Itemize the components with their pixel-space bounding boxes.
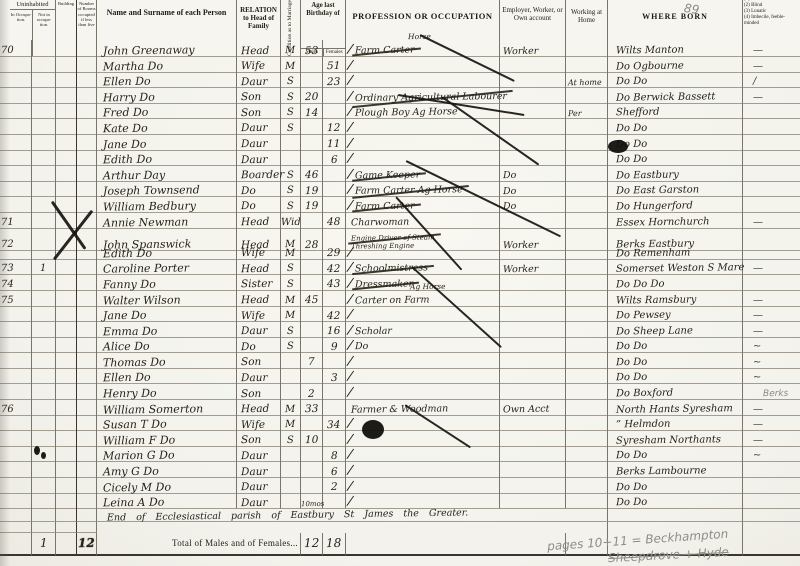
- relation-value: Sister: [241, 279, 273, 290]
- tally-slash-mark: /: [347, 74, 353, 87]
- table-row: Susan T Do Wife M 34 / ” Helmdon —: [0, 414, 800, 430]
- tally-slash-mark: /: [347, 495, 353, 508]
- tally-slash-mark: /: [347, 323, 353, 336]
- table-row: Amy G Do Daur 6 / Berks Lambourne: [0, 461, 800, 477]
- tally-slash-mark: /: [347, 339, 353, 352]
- tally-slash-mark: /: [347, 308, 353, 321]
- relation-value: Daur: [241, 482, 268, 493]
- age-female-value: 9: [331, 342, 338, 353]
- age-female-value: 16: [327, 326, 341, 337]
- tally-slash-mark: /: [347, 183, 353, 196]
- relation-value: Head: [241, 295, 270, 306]
- occupation-entry: Do: [355, 342, 368, 352]
- condition-value: S: [287, 280, 294, 290]
- table-row: Fred Do Son S 14 / Plough Boy Ag Horse P…: [0, 102, 800, 118]
- table-row: William Bedbury Do S 19 / Farm Carter Do…: [0, 196, 800, 212]
- table-row: Edith Do Wife M 29 / Do Remenham: [0, 243, 800, 259]
- infirmity-check-mark: —: [753, 46, 763, 56]
- tally-slash-mark: /: [347, 464, 353, 477]
- condition-value: S: [287, 77, 294, 87]
- age-female-value: 42: [327, 311, 341, 322]
- age-female-value: 51: [327, 61, 341, 72]
- occupation-entry: Charwoman: [351, 217, 409, 227]
- age-male-value: 20: [305, 92, 319, 103]
- infirmity-check-mark: ~: [753, 373, 762, 383]
- age-male-value: 14: [305, 108, 319, 119]
- condition-value: M: [285, 420, 295, 430]
- total-rooms-value: 12: [78, 537, 95, 549]
- person-name: Jane Do: [103, 138, 147, 150]
- infirmity-check-mark: —: [753, 217, 763, 227]
- age-male-value: 19: [305, 201, 319, 212]
- relation-value: Son: [241, 435, 261, 446]
- table-row: 71 Annie Newman Head Wid 48 Charwoman Es…: [0, 212, 800, 228]
- table-row: Martha Do Wife M 51 / Do Ogbourne —: [0, 56, 800, 72]
- uninhabited-label: Uninhabited: [10, 0, 55, 10]
- tally-slash-mark: /: [347, 152, 353, 165]
- table-row: 70 John Greenaway Head M 53 / Farm Carte…: [0, 40, 800, 56]
- totals-label: Total of Males and of Females...: [97, 538, 300, 548]
- age-female-value: 3: [331, 373, 338, 384]
- person-name: Fanny Do: [103, 279, 156, 291]
- relation-value: Wife: [241, 61, 265, 72]
- relation-value: Head: [241, 45, 270, 56]
- occupation-entry: Scholar: [355, 326, 392, 336]
- age-female-value: 43: [327, 279, 341, 290]
- table-row: Jane Do Daur 11 / Do Do: [0, 134, 800, 150]
- age-female-value: 6: [331, 155, 338, 166]
- condition-value: M: [285, 311, 295, 321]
- table-row: Cicely M Do Daur 2 / Do Do: [0, 477, 800, 493]
- table-row: Ellen Do Daur 3 / Do Do ~: [0, 367, 800, 383]
- table-row: Marion G Do Daur 8 / Do Do ~: [0, 445, 800, 461]
- occupation-entry: Plough Boy Ag Horse: [355, 108, 458, 119]
- infirmity-check-mark: —: [753, 264, 763, 274]
- condition-value: S: [287, 436, 294, 446]
- person-name: Edith Do: [103, 154, 152, 166]
- age-female-value: 23: [327, 77, 341, 88]
- age-female-value: 42: [327, 264, 341, 275]
- relation-value: Head: [241, 217, 270, 228]
- condition-value: M: [285, 46, 295, 56]
- relation-value: Head: [241, 264, 270, 275]
- person-name: Fred Do: [103, 107, 149, 119]
- condition-value: M: [285, 62, 295, 72]
- infirmity-check-mark: ~: [753, 451, 762, 461]
- age-female-value: 8: [331, 451, 338, 462]
- table-row: Joseph Townsend Do S 19 / Farm Carter Ag…: [0, 180, 800, 196]
- relation-value: Do: [241, 186, 256, 197]
- person-name: Edith Do: [103, 247, 152, 259]
- infirmity-check-mark: —: [753, 405, 763, 415]
- table-row: Arthur Day Boarder S 46 / Game Keeper Do…: [0, 165, 800, 181]
- person-name: Ellen Do: [103, 76, 151, 88]
- relation-value: Daur: [241, 123, 268, 134]
- age-female-value: 6: [331, 466, 338, 477]
- relation-value: Wife: [241, 248, 265, 259]
- condition-value: S: [287, 264, 294, 274]
- age-female-value: 11: [327, 139, 341, 150]
- relation-value: Do: [241, 342, 256, 353]
- tally-slash-mark: /: [347, 58, 353, 71]
- relation-value: Son: [241, 92, 261, 103]
- table-body: 70 John Greenaway Head M 53 / Farm Carte…: [0, 40, 800, 508]
- occupation-entry: Farm Carter: [355, 202, 415, 212]
- condition-value: S: [287, 202, 294, 212]
- table-row: 76 William Somerton Head M 33 Farmer & W…: [0, 399, 800, 415]
- age-male-value: 33: [305, 404, 319, 415]
- tally-slash-mark: /: [347, 136, 353, 149]
- tally-slash-mark: /: [347, 370, 353, 383]
- occupation-entry: Farmer & Woodman: [351, 404, 448, 415]
- relation-value: Daur: [241, 451, 268, 462]
- infirmity-check-mark: —: [753, 93, 763, 103]
- person-name: Ellen Do: [103, 372, 151, 384]
- infirmity-check-mark: —: [753, 295, 763, 305]
- age-male-value: 19: [305, 186, 319, 197]
- tally-slash-mark: /: [347, 479, 353, 492]
- condition-value: S: [287, 124, 294, 134]
- condition-value: S: [287, 171, 294, 181]
- person-name: Jane Do: [103, 310, 147, 322]
- condition-value: M: [285, 295, 295, 305]
- relation-value: Daur: [241, 77, 268, 88]
- table-row: Ellen Do Daur S 23 / At home Do Do /: [0, 71, 800, 87]
- condition-value: S: [287, 342, 294, 352]
- occupation-entry: Carter on Farm: [355, 295, 430, 306]
- tally-slash-mark: /: [347, 417, 353, 430]
- condition-value: M: [285, 405, 295, 415]
- uninhabited-mark: 1: [40, 264, 47, 274]
- infirmity-check-mark: /: [753, 77, 757, 87]
- condition-value: S: [287, 108, 294, 118]
- relation-value: Daur: [241, 154, 268, 165]
- infirmity-check-mark: ~: [753, 358, 762, 368]
- tally-slash-mark: /: [347, 90, 353, 103]
- person-name: Kate Do: [103, 123, 148, 135]
- infirmity-check-mark: —: [753, 436, 763, 446]
- table-row: Alice Do Do S 9 / Do Do Do ~: [0, 336, 800, 352]
- age-female-value: 34: [327, 420, 341, 431]
- occupation-entry: Farm Carter: [355, 46, 415, 56]
- table-row: Harry Do Son S 20 / Ordinary Agricultura…: [0, 87, 800, 103]
- age-male-value: 46: [305, 170, 319, 181]
- infirmity-check-mark: —: [753, 62, 763, 72]
- age-male-value: 45: [305, 295, 319, 306]
- relation-value: Daur: [241, 498, 268, 509]
- relation-value: Son: [241, 108, 261, 119]
- table-row: Kate Do Daur S 12 / Do Do: [0, 118, 800, 134]
- infirmity-check-mark: ~: [753, 342, 762, 352]
- person-name: Harry Do: [103, 91, 155, 103]
- end-of-parish-row: End of Ecclesiastical parish of Eastbury…: [0, 508, 800, 522]
- occupation-entry: Dressmaker: [355, 280, 413, 290]
- age-female-value: 48: [327, 217, 341, 228]
- condition-value: Wid: [281, 217, 301, 227]
- condition-value: S: [287, 186, 294, 196]
- total-females-value: 18: [326, 537, 341, 549]
- occupation-note: Horse: [408, 33, 431, 41]
- condition-value: S: [287, 93, 294, 103]
- relation-value: Do: [241, 201, 256, 212]
- condition-value: M: [285, 249, 295, 259]
- table-row: Jane Do Wife M 42 / Do Pewsey —: [0, 305, 800, 321]
- age-female-value: 29: [327, 248, 341, 259]
- age-female-value: 12: [327, 123, 341, 134]
- pencil-page-number: 89: [683, 1, 700, 17]
- tally-slash-mark: /: [347, 121, 353, 134]
- table-header: Uninhabited In Occupa- tion. Not in occu…: [0, 0, 800, 40]
- tally-slash-mark: /: [347, 433, 353, 446]
- condition-value: S: [287, 327, 294, 337]
- relation-value: Head: [241, 404, 270, 415]
- relation-value: Daur: [241, 373, 268, 384]
- table-row: Edith Do Daur 6 / Do Do: [0, 149, 800, 165]
- age-male-value: 53: [305, 45, 319, 56]
- relation-value: Son: [241, 357, 261, 368]
- occupation-entry: Game Keeper: [355, 170, 420, 180]
- infirmity-check-mark: —: [753, 420, 763, 430]
- table-row: Henry Do Son 2 / Do Boxford Berks: [0, 383, 800, 399]
- infirmity-check-mark: —: [753, 311, 763, 321]
- tally-slash-mark: /: [347, 245, 353, 258]
- total-males-value: 12: [304, 537, 319, 549]
- tally-slash-mark: /: [347, 386, 353, 399]
- total-uninhabited-value: 1: [40, 537, 48, 549]
- occupation-entry: Farm Carter Ag Horse: [355, 186, 463, 197]
- tally-slash-mark: /: [347, 448, 353, 461]
- table-row: 72 John Spanswick Head M 28 Engine Drive…: [0, 227, 800, 243]
- relation-value: Wife: [241, 310, 265, 321]
- person-name: Alice Do: [103, 341, 150, 353]
- table-row: Thomas Do Son 7 / Do Do ~: [0, 352, 800, 368]
- age-male-value: 7: [308, 357, 315, 368]
- age-male-value: 10: [305, 435, 319, 446]
- table-row: 75 Walter Wilson Head M 45 / Carter on F…: [0, 290, 800, 306]
- census-page-scan: Uninhabited In Occupa- tion. Not in occu…: [0, 0, 800, 566]
- table-row: Leina A Do Daur 10mos / Do Do: [0, 492, 800, 508]
- tally-slash-mark: /: [347, 105, 353, 118]
- occupation-entry: Schoolmistress: [355, 264, 428, 275]
- table-row: Emma Do Daur S 16 / Scholar Do Sheep Lan…: [0, 321, 800, 337]
- tally-slash-mark: /: [347, 355, 353, 368]
- tally-slash-mark: /: [347, 292, 353, 305]
- age-female-value: 2: [331, 482, 338, 493]
- table-row: 74 Fanny Do Sister S 43 / Dressmaker Do …: [0, 274, 800, 290]
- relation-value: Daur: [241, 326, 268, 337]
- age-male-value: 2: [308, 389, 315, 400]
- occupation-note: Ag Horse: [410, 282, 446, 290]
- relation-value: Son: [241, 388, 261, 399]
- relation-value: Wife: [241, 420, 265, 431]
- table-row: 73 1 Caroline Porter Head S 42 / Schoolm…: [0, 258, 800, 274]
- table-row: William F Do Son S 10 / Syresham Northan…: [0, 430, 800, 446]
- relation-value: Daur: [241, 466, 268, 477]
- infirmity-check-mark: —: [753, 327, 763, 337]
- relation-value: Daur: [241, 139, 268, 150]
